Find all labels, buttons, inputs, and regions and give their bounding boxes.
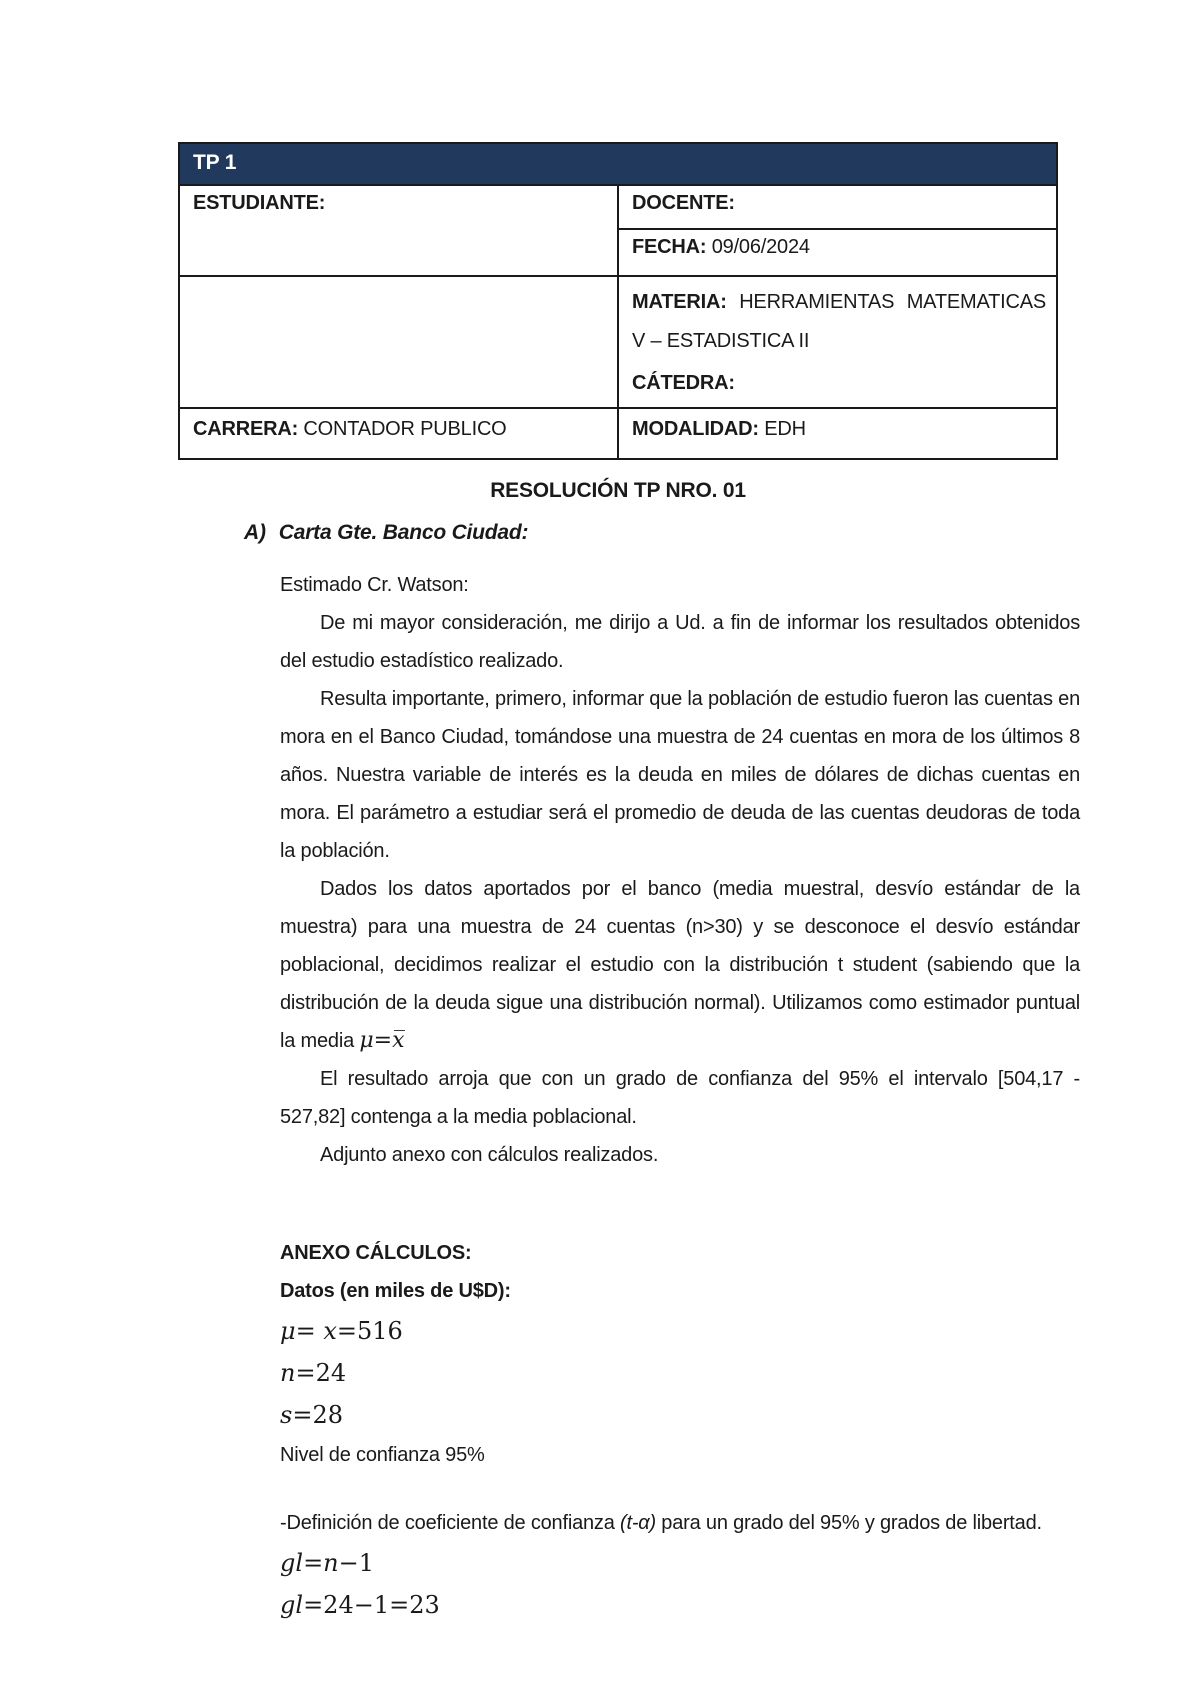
resolution-title: RESOLUCIÓN TP NRO. 01 xyxy=(178,472,1058,510)
mu-equals-xbar-formula: μ=x̅ xyxy=(359,1028,404,1053)
modalidad-label: MODALIDAD: xyxy=(632,418,759,440)
definition-pre: -Definición de coeficiente de confianza xyxy=(280,1512,620,1534)
definition-post: para un grado del 95% y grados de libert… xyxy=(656,1512,1042,1534)
paragraph-1: De mi mayor consideración, me dirijo a U… xyxy=(280,604,1080,680)
materia-catedra-cell: MATERIA: HERRAMIENTAS MATEMATICAS V – ES… xyxy=(618,276,1057,408)
annex-title: ANEXO CÁLCULOS: xyxy=(280,1234,1080,1272)
definition-line: -Definición de coeficiente de confianza … xyxy=(280,1504,1080,1542)
tp-title-cell: TP 1 xyxy=(179,143,1057,185)
materia-line: MATERIA: HERRAMIENTAS MATEMATICAS V – ES… xyxy=(632,283,1046,361)
annex-datos-label: Datos (en miles de U$D): xyxy=(280,1272,1080,1310)
row-materia-catedra: MATERIA: HERRAMIENTAS MATEMATICAS V – ES… xyxy=(179,276,1057,408)
equation-mu: μ= x=516 xyxy=(280,1310,1080,1352)
empty-cell xyxy=(179,276,618,408)
item-marker: A) xyxy=(244,521,266,544)
item-a-heading: A)Carta Gte. Banco Ciudad: xyxy=(244,514,528,552)
confidence-level-line: Nivel de confianza 95% xyxy=(280,1436,1080,1474)
greeting-line: Estimado Cr. Watson: xyxy=(280,566,1080,604)
equation-gl-result: gl=24−1=23 xyxy=(280,1584,1080,1626)
row-carrera-modalidad: CARRERA: CONTADOR PUBLICO MODALIDAD: EDH xyxy=(179,408,1057,459)
paragraph-4: El resultado arroja que con un grado de … xyxy=(280,1060,1080,1136)
fecha-label: FECHA: xyxy=(632,236,706,258)
row-estudiante-docente: ESTUDIANTE: DOCENTE: xyxy=(179,185,1057,229)
letter-body: Estimado Cr. Watson: De mi mayor conside… xyxy=(280,566,1080,1626)
equation-s: s=28 xyxy=(280,1394,1080,1436)
fecha-value: 09/06/2024 xyxy=(712,236,810,258)
carrera-label: CARRERA: xyxy=(193,418,298,440)
modalidad-cell: MODALIDAD: EDH xyxy=(618,408,1057,459)
docente-cell: DOCENTE: xyxy=(618,185,1057,229)
equation-n: n=24 xyxy=(280,1352,1080,1394)
tp-header-row: TP 1 xyxy=(179,143,1057,185)
t-alpha-term: (t-α) xyxy=(620,1512,656,1534)
paragraph-5: Adjunto anexo con cálculos realizados. xyxy=(280,1136,1080,1174)
paragraph-3-text: Dados los datos aportados por el banco (… xyxy=(280,878,1080,1052)
catedra-label: CÁTEDRA: xyxy=(632,372,735,394)
catedra-line: CÁTEDRA: xyxy=(632,364,1046,403)
docente-label: DOCENTE: xyxy=(632,192,735,214)
materia-label: MATERIA: xyxy=(632,291,727,313)
paragraph-2: Resulta importante, primero, informar qu… xyxy=(280,680,1080,870)
estudiante-label: ESTUDIANTE: xyxy=(193,192,325,214)
header-table: TP 1 ESTUDIANTE: DOCENTE: FECHA: 09/06/2… xyxy=(178,142,1058,460)
document-page: TP 1 ESTUDIANTE: DOCENTE: FECHA: 09/06/2… xyxy=(0,0,1200,1696)
item-title: Carta Gte. Banco Ciudad: xyxy=(279,521,529,544)
paragraph-3: Dados los datos aportados por el banco (… xyxy=(280,870,1080,1060)
modalidad-value: EDH xyxy=(764,418,806,440)
carrera-cell: CARRERA: CONTADOR PUBLICO xyxy=(179,408,618,459)
fecha-cell: FECHA: 09/06/2024 xyxy=(618,229,1057,276)
estudiante-cell: ESTUDIANTE: xyxy=(179,185,618,276)
tp-title: TP 1 xyxy=(193,151,236,174)
carrera-value: CONTADOR PUBLICO xyxy=(303,418,506,440)
equation-gl-definition: gl=n−1 xyxy=(280,1542,1080,1584)
